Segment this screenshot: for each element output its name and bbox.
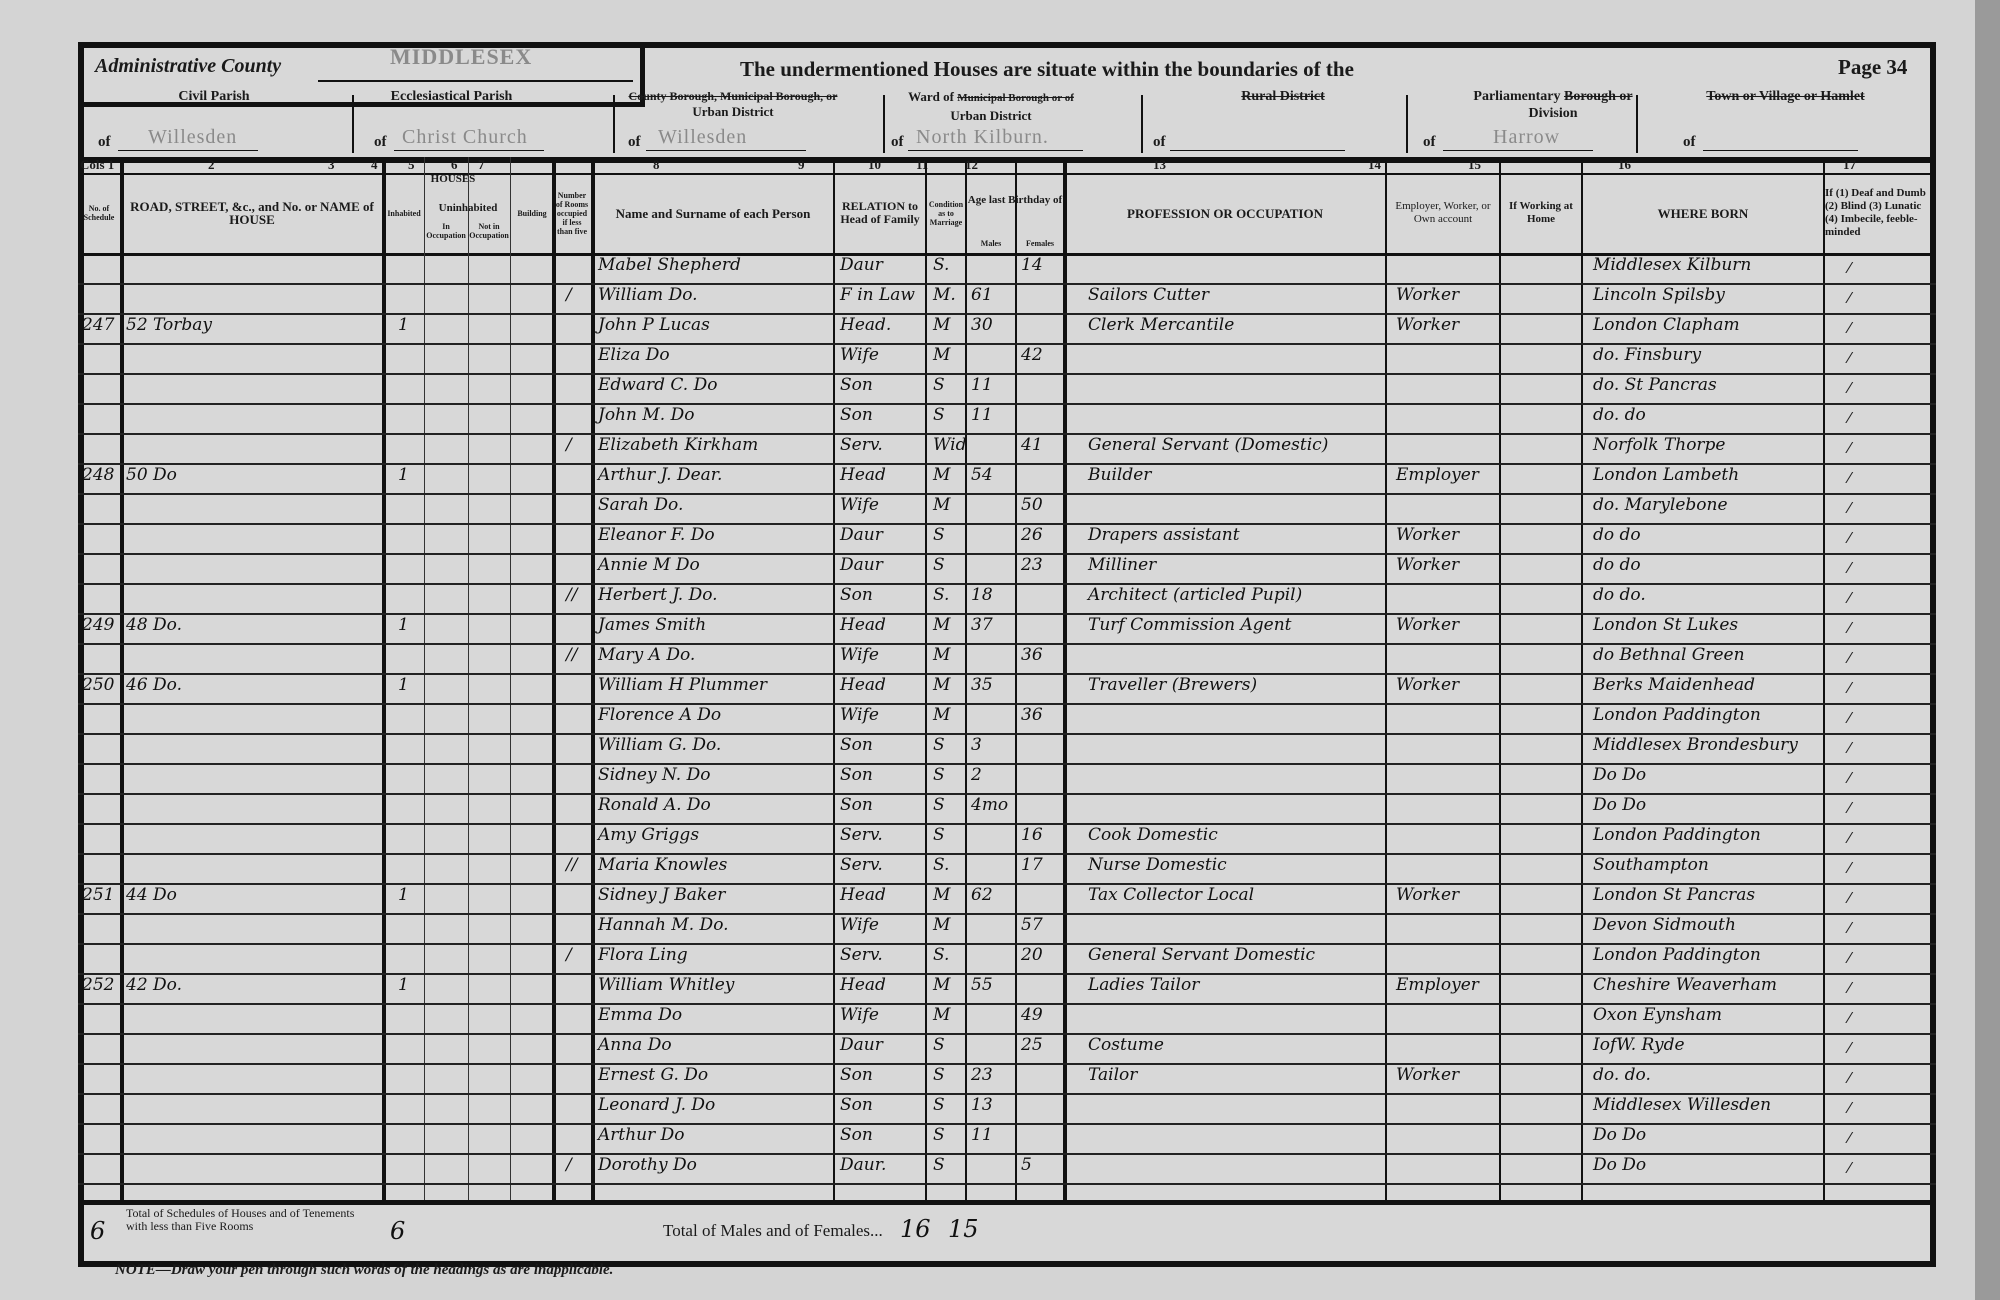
relation: Head (840, 675, 886, 695)
rooms-mark: / (566, 945, 572, 965)
table-row: 25144 Do1Sidney J BakerHeadM62Tax Collec… (78, 883, 1936, 915)
person-name: Florence A Do (598, 705, 721, 725)
birthplace: do. do. (1593, 1065, 1651, 1085)
person-name: Emma Do (598, 1005, 682, 1025)
inhabited-mark: 1 (398, 885, 409, 905)
females-total: 15 (948, 1215, 979, 1243)
relation: Son (840, 735, 873, 755)
birthplace: Do Do (1593, 1155, 1646, 1175)
person-name: Ronald A. Do (598, 795, 711, 815)
birthplace: do. Finsbury (1593, 345, 1701, 365)
admin-county-line (318, 80, 633, 82)
relation: Son (840, 585, 873, 605)
marital-condition: S (933, 1065, 945, 1085)
employment-status: Worker (1396, 315, 1459, 335)
relation: Head (840, 465, 886, 485)
birthplace: London St Lukes (1593, 615, 1738, 635)
relation: Wife (840, 645, 879, 665)
employment-status: Worker (1396, 555, 1459, 575)
parliamentary-value: Harrow (1493, 126, 1560, 149)
check-mark-icon: ⁄ (1848, 769, 1851, 787)
employment-status: Worker (1396, 885, 1459, 905)
occupation: Builder (1088, 465, 1151, 485)
birthplace: do. Marylebone (1593, 495, 1728, 515)
ward-value: North Kilburn. (916, 126, 1049, 149)
person-name: Sarah Do. (598, 495, 683, 515)
age-female: 17 (1021, 855, 1043, 875)
person-name: James Smith (598, 615, 706, 635)
person-name: Ernest G. Do (598, 1065, 708, 1085)
person-name: Hannah M. Do. (598, 915, 729, 935)
occupation: Traveller (Brewers) (1088, 675, 1257, 695)
birthplace: Cheshire Weaverham (1593, 975, 1777, 995)
schedule-number: 249 (82, 615, 114, 635)
employment-status: Worker (1396, 615, 1459, 635)
birthplace: do Bethnal Green (1593, 645, 1745, 665)
table-row: /Dorothy DoDaur.S5Do Do⁄ (78, 1153, 1936, 1185)
marital-condition: S. (933, 945, 949, 965)
person-name: Amy Griggs (598, 825, 699, 845)
males-females-label: Total of Males and of Females... (663, 1221, 883, 1241)
employment-status: Employer (1396, 465, 1479, 485)
age-male: 11 (971, 1125, 993, 1145)
birthplace: Lincoln Spilsby (1593, 285, 1725, 305)
check-mark-icon: ⁄ (1848, 799, 1851, 817)
marital-condition: M (933, 615, 950, 635)
house-address: 46 Do. (126, 675, 182, 695)
table-row: Ernest G. DoSonS23TailorWorkerdo. do.⁄ (78, 1063, 1936, 1095)
occupation: General Servant Domestic (1088, 945, 1315, 965)
relation: Son (840, 405, 873, 425)
urban-district-value: Willesden (658, 126, 747, 149)
birthplace: do. do (1593, 405, 1646, 425)
inhabited-mark: 1 (398, 975, 409, 995)
employment-status: Worker (1396, 675, 1459, 695)
table-row: Ronald A. DoSonS4moDo Do⁄ (78, 793, 1936, 825)
table-row: //Herbert J. Do.SonS.18Architect (articl… (78, 583, 1936, 615)
relation: Daur (840, 555, 883, 575)
person-name: William G. Do. (598, 735, 721, 755)
birthplace: London Clapham (1593, 315, 1740, 335)
ward-cell: Ward of Municipal Borough or of Urban Di… (886, 87, 1096, 157)
age-female: 16 (1021, 825, 1043, 845)
birthplace: Do Do (1593, 795, 1646, 815)
relation: F in Law (840, 285, 915, 305)
age-female: 26 (1021, 525, 1043, 545)
age-male: 61 (971, 285, 993, 305)
relation: Serv. (840, 825, 883, 845)
relation: Daur (840, 255, 883, 275)
marital-condition: M (933, 645, 950, 665)
birthplace: London Paddington (1593, 825, 1761, 845)
table-row: Arthur DoSonS11Do Do⁄ (78, 1123, 1936, 1155)
age-female: 36 (1021, 645, 1043, 665)
marital-condition: M (933, 495, 950, 515)
relation: Son (840, 1125, 873, 1145)
marital-condition: S (933, 795, 945, 815)
rooms-mark: / (566, 1155, 572, 1175)
person-name: Arthur Do (598, 1125, 685, 1145)
person-name: Arthur J. Dear. (598, 465, 722, 485)
person-name: John P Lucas (598, 315, 710, 335)
relation: Son (840, 795, 873, 815)
age-male: 2 (971, 765, 982, 785)
rooms-mark: // (566, 585, 577, 605)
page-edge (1975, 0, 2000, 1300)
schedule-number: 250 (82, 675, 114, 695)
birthplace: Devon Sidmouth (1593, 915, 1736, 935)
relation: Wife (840, 1005, 879, 1025)
birthplace: Southampton (1593, 855, 1709, 875)
check-mark-icon: ⁄ (1848, 709, 1851, 727)
urban-district-cell: County Borough, Municipal Borough, or Ur… (618, 87, 848, 157)
check-mark-icon: ⁄ (1848, 649, 1851, 667)
ecclesiastical-parish-value: Christ Church (402, 126, 528, 149)
check-mark-icon: ⁄ (1848, 919, 1851, 937)
table-row: 25046 Do.1William H PlummerHeadM35Travel… (78, 673, 1936, 705)
admin-county-label: Administrative County (95, 55, 281, 78)
person-name: Flora Ling (598, 945, 688, 965)
occupation: Drapers assistant (1088, 525, 1240, 545)
person-name: Maria Knowles (598, 855, 727, 875)
age-female: 14 (1021, 255, 1043, 275)
table-row: 24752 Torbay1John P LucasHead.M30Clerk M… (78, 313, 1936, 345)
civil-parish-label: Civil Parish (78, 89, 350, 104)
occupation: Tax Collector Local (1088, 885, 1254, 905)
check-mark-icon: ⁄ (1848, 979, 1851, 997)
age-male: 11 (971, 375, 993, 395)
relation: Son (840, 1065, 873, 1085)
schedules-count: 6 (90, 1217, 105, 1245)
relation: Serv. (840, 945, 883, 965)
rooms-mark: // (566, 855, 577, 875)
check-mark-icon: ⁄ (1848, 619, 1851, 637)
person-name: Leonard J. Do (598, 1095, 715, 1115)
age-female: 50 (1021, 495, 1043, 515)
age-male: 37 (971, 615, 993, 635)
age-male: 54 (971, 465, 993, 485)
marital-condition: S (933, 1035, 945, 1055)
birthplace: Oxon Eynsham (1593, 1005, 1722, 1025)
person-name: Anna Do (598, 1035, 672, 1055)
age-female: 36 (1021, 705, 1043, 725)
column-headers: No. of Schedule ROAD, STREET, &c., and N… (78, 173, 1936, 256)
marital-condition: S (933, 405, 945, 425)
marital-condition: M. (933, 285, 956, 305)
age-female: 23 (1021, 555, 1043, 575)
table-row: /Elizabeth KirkhamServ.Wid41General Serv… (78, 433, 1936, 465)
marital-condition: S (933, 1125, 945, 1145)
admin-county-value: MIDDLESEX (390, 44, 532, 70)
check-mark-icon: ⁄ (1848, 1099, 1851, 1117)
table-row: Eliza DoWifeM42do. Finsbury⁄ (78, 343, 1936, 375)
person-name: Mabel Shepherd (598, 255, 741, 275)
intro-text: The undermentioned Houses are situate wi… (740, 57, 1354, 82)
age-female: 25 (1021, 1035, 1043, 1055)
relation: Daur (840, 525, 883, 545)
check-mark-icon: ⁄ (1848, 319, 1851, 337)
table-row: Amy GriggsServ.S16Cook DomesticLondon Pa… (78, 823, 1936, 855)
ecclesiastical-parish-cell: Ecclesiastical Parish of Christ Church (354, 87, 549, 157)
marital-condition: S. (933, 855, 949, 875)
table-row: Sidney N. DoSonS2Do Do⁄ (78, 763, 1936, 795)
age-male: 35 (971, 675, 993, 695)
house-address: 50 Do (126, 465, 177, 485)
occupation: Tailor (1088, 1065, 1137, 1085)
marital-condition: S (933, 375, 945, 395)
table-row: Hannah M. Do.WifeM57Devon Sidmouth⁄ (78, 913, 1936, 945)
birthplace: London St Pancras (1593, 885, 1755, 905)
age-male: 30 (971, 315, 993, 335)
check-mark-icon: ⁄ (1848, 379, 1851, 397)
birthplace: IofW. Ryde (1593, 1035, 1685, 1055)
marital-condition: S (933, 555, 945, 575)
age-male: 11 (971, 405, 993, 425)
age-female: 5 (1021, 1155, 1032, 1175)
table-row: Emma DoWifeM49Oxon Eynsham⁄ (78, 1003, 1936, 1035)
check-mark-icon: ⁄ (1848, 529, 1851, 547)
relation: Daur (840, 1035, 883, 1055)
occupation: Cook Domestic (1088, 825, 1218, 845)
birthplace: Do Do (1593, 1125, 1646, 1145)
check-mark-icon: ⁄ (1848, 829, 1851, 847)
birthplace: London Paddington (1593, 945, 1761, 965)
schedule-number: 247 (82, 315, 114, 335)
person-name: Sidney N. Do (598, 765, 710, 785)
person-name: Sidney J Baker (598, 885, 725, 905)
occupation: General Servant (Domestic) (1088, 435, 1328, 455)
person-name: Eleanor F. Do (598, 525, 715, 545)
boundaries-header: Civil Parish of Willesden Ecclesiastical… (78, 87, 1936, 163)
check-mark-icon: ⁄ (1848, 589, 1851, 607)
person-name: Herbert J. Do. (598, 585, 718, 605)
check-mark-icon: ⁄ (1848, 289, 1851, 307)
birthplace: Do Do (1593, 765, 1646, 785)
birthplace: do do (1593, 555, 1641, 575)
marital-condition: M (933, 345, 950, 365)
person-name: William H Plummer (598, 675, 767, 695)
relation: Head (840, 615, 886, 635)
birthplace: London Lambeth (1593, 465, 1739, 485)
marital-condition: S (933, 1155, 945, 1175)
relation: Son (840, 375, 873, 395)
table-row: Sarah Do.WifeM50do. Marylebone⁄ (78, 493, 1936, 525)
table-row: Florence A DoWifeM36London Paddington⁄ (78, 703, 1936, 735)
relation: Wife (840, 345, 879, 365)
age-male: 3 (971, 735, 982, 755)
birthplace: do. St Pancras (1593, 375, 1717, 395)
relation: Head (840, 975, 886, 995)
birthplace: do do. (1593, 585, 1646, 605)
males-total: 16 (900, 1215, 931, 1243)
civil-parish-cell: Civil Parish of Willesden (78, 87, 350, 157)
marital-condition: M (933, 885, 950, 905)
table-row: Eleanor F. DoDaurS26Drapers assistantWor… (78, 523, 1936, 555)
check-mark-icon: ⁄ (1848, 1009, 1851, 1027)
occupation: Turf Commission Agent (1088, 615, 1292, 635)
marital-condition: S (933, 765, 945, 785)
check-mark-icon: ⁄ (1848, 949, 1851, 967)
employment-status: Worker (1396, 525, 1459, 545)
relation: Son (840, 765, 873, 785)
check-mark-icon: ⁄ (1848, 559, 1851, 577)
birthplace: Middlesex Brondesbury (1593, 735, 1798, 755)
relation: Serv. (840, 855, 883, 875)
check-mark-icon: ⁄ (1848, 1069, 1851, 1087)
marital-condition: S. (933, 255, 949, 275)
relation: Wife (840, 915, 879, 935)
schedule-number: 248 (82, 465, 114, 485)
person-name: Annie M Do (598, 555, 700, 575)
employment-status: Worker (1396, 285, 1459, 305)
schedule-number: 251 (82, 885, 114, 905)
check-mark-icon: ⁄ (1848, 259, 1851, 277)
person-name: Eliza Do (598, 345, 670, 365)
marital-condition: M (933, 465, 950, 485)
occupation: Sailors Cutter (1088, 285, 1209, 305)
age-male: 4mo (971, 795, 1008, 815)
marital-condition: M (933, 915, 950, 935)
person-name: Edward C. Do (598, 375, 717, 395)
relation: Serv. (840, 435, 883, 455)
marital-condition: S. (933, 585, 949, 605)
person-name: Dorothy Do (598, 1155, 697, 1175)
marital-condition: Wid (933, 435, 967, 455)
inhabited-mark: 1 (398, 315, 409, 335)
employment-status: Worker (1396, 1065, 1459, 1085)
occupation: Architect (articled Pupil) (1088, 585, 1302, 605)
check-mark-icon: ⁄ (1848, 739, 1851, 757)
occupation: Costume (1088, 1035, 1164, 1055)
age-female: 49 (1021, 1005, 1043, 1025)
page-number: Page 34 (1838, 55, 1907, 80)
table-row: Annie M DoDaurS23MillinerWorkerdo do⁄ (78, 553, 1936, 585)
inhabited-total: 6 (390, 1217, 405, 1245)
age-male: 13 (971, 1095, 993, 1115)
table-row: //Mary A Do.WifeM36do Bethnal Green⁄ (78, 643, 1936, 675)
table-row: /William Do.F in LawM.61Sailors CutterWo… (78, 283, 1936, 315)
footer-note: NOTE—Draw your pen through such words of… (115, 1262, 613, 1279)
check-mark-icon: ⁄ (1848, 1129, 1851, 1147)
table-row: Anna DoDaurS25CostumeIofW. Ryde⁄ (78, 1033, 1936, 1065)
occupation: Clerk Mercantile (1088, 315, 1234, 335)
check-mark-icon: ⁄ (1848, 859, 1851, 877)
relation: Son (840, 1095, 873, 1115)
occupation: Ladies Tailor (1088, 975, 1199, 995)
person-name: Elizabeth Kirkham (598, 435, 758, 455)
rooms-mark: / (566, 285, 572, 305)
person-name: William Whitley (598, 975, 734, 995)
table-row: //Maria KnowlesServ.S.17Nurse DomesticSo… (78, 853, 1936, 885)
check-mark-icon: ⁄ (1848, 1039, 1851, 1057)
marital-condition: S (933, 1095, 945, 1115)
age-female: 41 (1021, 435, 1043, 455)
house-address: 44 Do (126, 885, 177, 905)
relation: Wife (840, 495, 879, 515)
check-mark-icon: ⁄ (1848, 499, 1851, 517)
employment-status: Employer (1396, 975, 1479, 995)
town-cell: Town or Village or Hamlet of (1643, 87, 1928, 157)
marital-condition: M (933, 975, 950, 995)
marital-condition: M (933, 705, 950, 725)
birthplace: Middlesex Willesden (1593, 1095, 1771, 1115)
relation: Wife (840, 705, 879, 725)
house-address: 42 Do. (126, 975, 182, 995)
marital-condition: M (933, 315, 950, 335)
occupation: Milliner (1088, 555, 1156, 575)
table-row: 25242 Do.1William WhitleyHeadM55Ladies T… (78, 973, 1936, 1005)
civil-parish-value: Willesden (148, 126, 237, 149)
check-mark-icon: ⁄ (1848, 1159, 1851, 1177)
table-row: Edward C. DoSonS11do. St Pancras⁄ (78, 373, 1936, 405)
table-row: Leonard J. DoSonS13Middlesex Willesden⁄ (78, 1093, 1936, 1125)
table-row: 24948 Do.1James SmithHeadM37Turf Commiss… (78, 613, 1936, 645)
marital-condition: M (933, 675, 950, 695)
relation: Daur. (840, 1155, 886, 1175)
person-name: John M. Do (598, 405, 694, 425)
table-row: Mabel ShepherdDaurS.14Middlesex Kilburn⁄ (78, 253, 1936, 285)
inhabited-mark: 1 (398, 465, 409, 485)
rooms-mark: / (566, 435, 572, 455)
check-mark-icon: ⁄ (1848, 439, 1851, 457)
schedule-number: 252 (82, 975, 114, 995)
person-name: Mary A Do. (598, 645, 695, 665)
age-female: 20 (1021, 945, 1043, 965)
relation: Head. (840, 315, 891, 335)
schedules-label: Total of Schedules of Houses and of Tene… (126, 1207, 376, 1233)
age-female: 42 (1021, 345, 1043, 365)
rural-district-cell: Rural District of (1148, 87, 1418, 157)
age-male: 18 (971, 585, 993, 605)
birthplace: London Paddington (1593, 705, 1761, 725)
totals-row: 6 Total of Schedules of Houses and of Te… (78, 1200, 1936, 1260)
rooms-mark: // (566, 645, 577, 665)
birthplace: do do (1593, 525, 1641, 545)
birthplace: Middlesex Kilburn (1593, 255, 1751, 275)
table-row: William G. Do.SonS3Middlesex Brondesbury… (78, 733, 1936, 765)
marital-condition: S (933, 525, 945, 545)
occupation: Nurse Domestic (1088, 855, 1227, 875)
check-mark-icon: ⁄ (1848, 889, 1851, 907)
check-mark-icon: ⁄ (1848, 469, 1851, 487)
house-address: 48 Do. (126, 615, 182, 635)
age-male: 23 (971, 1065, 993, 1085)
check-mark-icon: ⁄ (1848, 349, 1851, 367)
age-female: 57 (1021, 915, 1043, 935)
age-male: 55 (971, 975, 993, 995)
table-row: John M. DoSonS11do. do⁄ (78, 403, 1936, 435)
check-mark-icon: ⁄ (1848, 679, 1851, 697)
table-row: 24850 Do1Arthur J. Dear.HeadM54BuilderEm… (78, 463, 1936, 495)
marital-condition: S (933, 735, 945, 755)
age-male: 62 (971, 885, 993, 905)
relation: Head (840, 885, 886, 905)
birthplace: Berks Maidenhead (1593, 675, 1755, 695)
marital-condition: M (933, 1005, 950, 1025)
house-address: 52 Torbay (126, 315, 212, 335)
inhabited-mark: 1 (398, 615, 409, 635)
table-row: /Flora LingServ.S.20General Servant Dome… (78, 943, 1936, 975)
inhabited-mark: 1 (398, 675, 409, 695)
person-name: William Do. (598, 285, 698, 305)
check-mark-icon: ⁄ (1848, 409, 1851, 427)
birthplace: Norfolk Thorpe (1593, 435, 1726, 455)
marital-condition: S (933, 825, 945, 845)
